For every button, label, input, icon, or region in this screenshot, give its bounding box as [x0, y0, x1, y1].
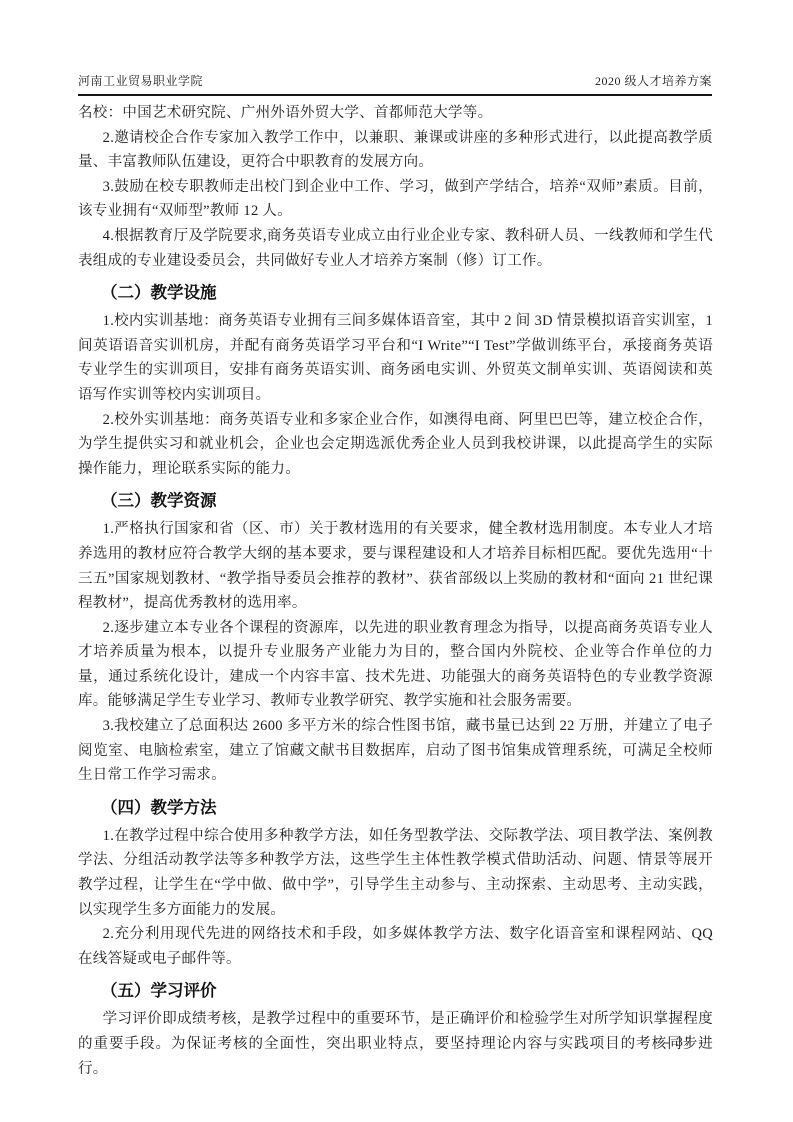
header-doc-title: 2020 级人才培养方案	[595, 72, 712, 89]
paragraph: 名校：中国艺术研究院、广州外语外贸大学、首都师范大学等。	[78, 101, 713, 126]
section-heading: （五）学习评价	[78, 978, 713, 1004]
paragraph: 4.根据教育厅及学院要求,商务英语专业成立由行业企业专家、教科研人员、一线教师和…	[78, 224, 713, 273]
header-school-name: 河南工业贸易职业学院	[78, 72, 203, 89]
paragraph: 2.校外实训基地：商务英语专业和多家企业合作，如澳得电商、阿里巴巴等，建立校企合…	[78, 408, 713, 482]
paragraph: 1.校内实训基地：商务英语专业拥有三间多媒体语音室，其中 2 间 3D 情景模拟…	[78, 309, 713, 407]
paragraph: 3.鼓励在校专职教师走出校门到企业中工作、学习，做到产学结合，培养“双师”素质。…	[78, 175, 713, 224]
section-heading: （四）教学方法	[78, 795, 713, 821]
page-header: 河南工业贸易职业学院 2020 级人才培养方案	[78, 72, 712, 96]
paragraph: 2.逐步建立本专业各个课程的资源库，以先进的职业教育理念为指导，以提高商务英语专…	[78, 616, 713, 714]
paragraph: 2.充分利用现代先进的网络技术和手段，如多媒体教学方法、数字化语音室和课程网站、…	[78, 922, 713, 971]
page-number: - 37 -	[665, 1034, 705, 1050]
section-heading: （二）教学设施	[78, 280, 713, 306]
paragraph: 2.邀请校企合作专家加入教学工作中，以兼职、兼课或讲座的多种形式进行，以此提高教…	[78, 126, 713, 175]
section-heading: （三）教学资源	[78, 488, 713, 514]
paragraph: 学习评价即成绩考核，是教学过程中的重要环节，是正确评价和检验学生对所学知识掌握程…	[78, 1007, 713, 1081]
document-page: 河南工业贸易职业学院 2020 级人才培养方案 名校：中国艺术研究院、广州外语外…	[0, 0, 793, 1122]
paragraph: 1.在教学过程中综合使用多种教学方法，如任务型教学法、交际教学法、项目教学法、案…	[78, 824, 713, 922]
document-body: 名校：中国艺术研究院、广州外语外贸大学、首都师范大学等。2.邀请校企合作专家加入…	[78, 101, 713, 1081]
paragraph: 1.严格执行国家和省（区、市）关于教材选用的有关要求，健全教材选用制度。本专业人…	[78, 517, 713, 615]
paragraph: 3.我校建立了总面积达 2600 多平方米的综合性图书馆，藏书量已达到 22 万…	[78, 714, 713, 788]
